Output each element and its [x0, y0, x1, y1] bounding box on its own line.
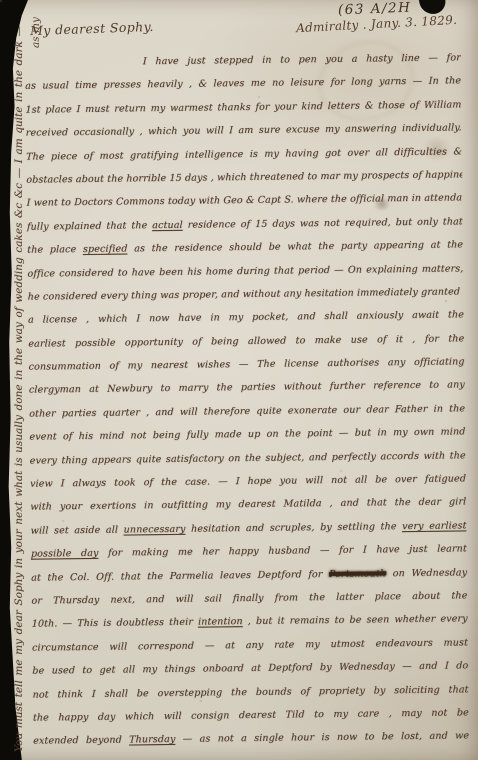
- foxing-speckles: [0, 0, 2, 2]
- letter-page: (63 A/2H Admiralty . Jany. 3. 1829. My d…: [0, 0, 478, 760]
- salutation: My dearest Sophy.: [30, 19, 154, 38]
- place-dateline: Admiralty . Jany. 3. 1829.: [296, 13, 458, 35]
- margin-note-continuation: as my: [30, 4, 43, 48]
- margin-note-vertical: You must tell me my dear Sophy in your n…: [12, 26, 27, 752]
- letter-body: I have just stepped in to pen you a hast…: [25, 46, 470, 753]
- letter-line: extended beyond Thursday — as not a sing…: [33, 725, 469, 754]
